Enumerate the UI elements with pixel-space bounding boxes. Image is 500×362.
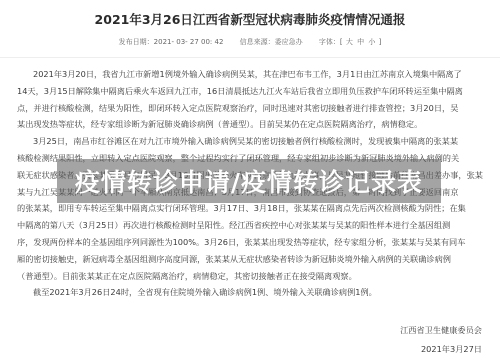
signature-organization: 江西省卫生健康委员会	[400, 325, 482, 336]
body-line: 点，并进行核酸检测，结果为阳性，即闭环转入定点医院观察治疗，同时迅速对其密切接触…	[17, 100, 483, 117]
font-size-small-button[interactable]: 小	[368, 38, 375, 46]
header-divider	[0, 57, 500, 58]
body-line: （普通型）。目前张某某正在定点医院隔离治疗，病情稳定，其密切接触者正在接受隔离观…	[17, 268, 483, 285]
source-label: 信息来源：	[240, 38, 275, 46]
source-value: 委应急办	[275, 38, 303, 46]
body-line: 某出现发热等症状，经专家组诊断为新冠肺炎确诊病例（普通型）。目前吴某仍在定点医院…	[17, 116, 483, 133]
font-size-label: 字体：[	[319, 38, 343, 46]
article-meta: 发布日期：2021- 03- 27 00: 42 信息来源：委应急办 字体：[ …	[0, 37, 500, 47]
body-line: 序，发现两份样本的全基因组序列同源性为100%。3月26日，张某某出现发热等症状…	[17, 234, 483, 251]
publish-date: 2021- 03- 27 00: 42	[154, 38, 224, 46]
body-line: 截至2021年3月26日24时，全省现有住院境外输入确诊病例1例、境外输入关联确…	[17, 284, 483, 301]
source-group: 信息来源：委应急办	[240, 38, 305, 46]
body-line: 厢的密切接触史，新冠病毒全基因组测序高度同源，张某某从无症状感染者转诊为新冠肺炎…	[17, 251, 483, 268]
overlay-banner: 疫情转诊申请/疫情转诊记录表	[57, 159, 441, 203]
publish-date-group: 发布日期：2021- 03- 27 00: 42	[119, 38, 226, 46]
article-title: 2021年3月26日江西省新型冠状病毒肺炎疫情情况通报	[0, 10, 500, 28]
signature-date: 2021年3月27日	[421, 344, 482, 355]
font-size-large-button[interactable]: 大	[346, 38, 353, 46]
body-line: 中隔离的第八天（3月25日）再次进行核酸检测时呈阳性。经江西省疾控中心对张某某与…	[17, 217, 483, 234]
font-size-medium-button[interactable]: 中	[357, 38, 364, 46]
font-size-close-bracket: ]	[379, 38, 382, 46]
body-line: 14天，3月15日解除集中隔离后乘火车返回九江市，16日清晨抵达九江火车站后我省…	[17, 83, 483, 100]
publish-date-label: 发布日期：	[119, 38, 154, 46]
document-page: 2021年3月26日江西省新型冠状病毒肺炎疫情情况通报 发布日期：2021- 0…	[0, 0, 500, 362]
body-line: 2021年3月20日，我省九江市新增1例境外输入确诊病例吴某，其在津巴布韦工作，…	[17, 66, 483, 83]
font-size-group: 字体：[ 大 中 小 ]	[319, 38, 381, 46]
overlay-banner-text: 疫情转诊申请/疫情转诊记录表	[75, 163, 423, 199]
body-line: 3月25日，南昌市红谷滩区在对九江市境外输入确诊病例吴某的密切接触者例行核酸检测…	[17, 133, 483, 150]
